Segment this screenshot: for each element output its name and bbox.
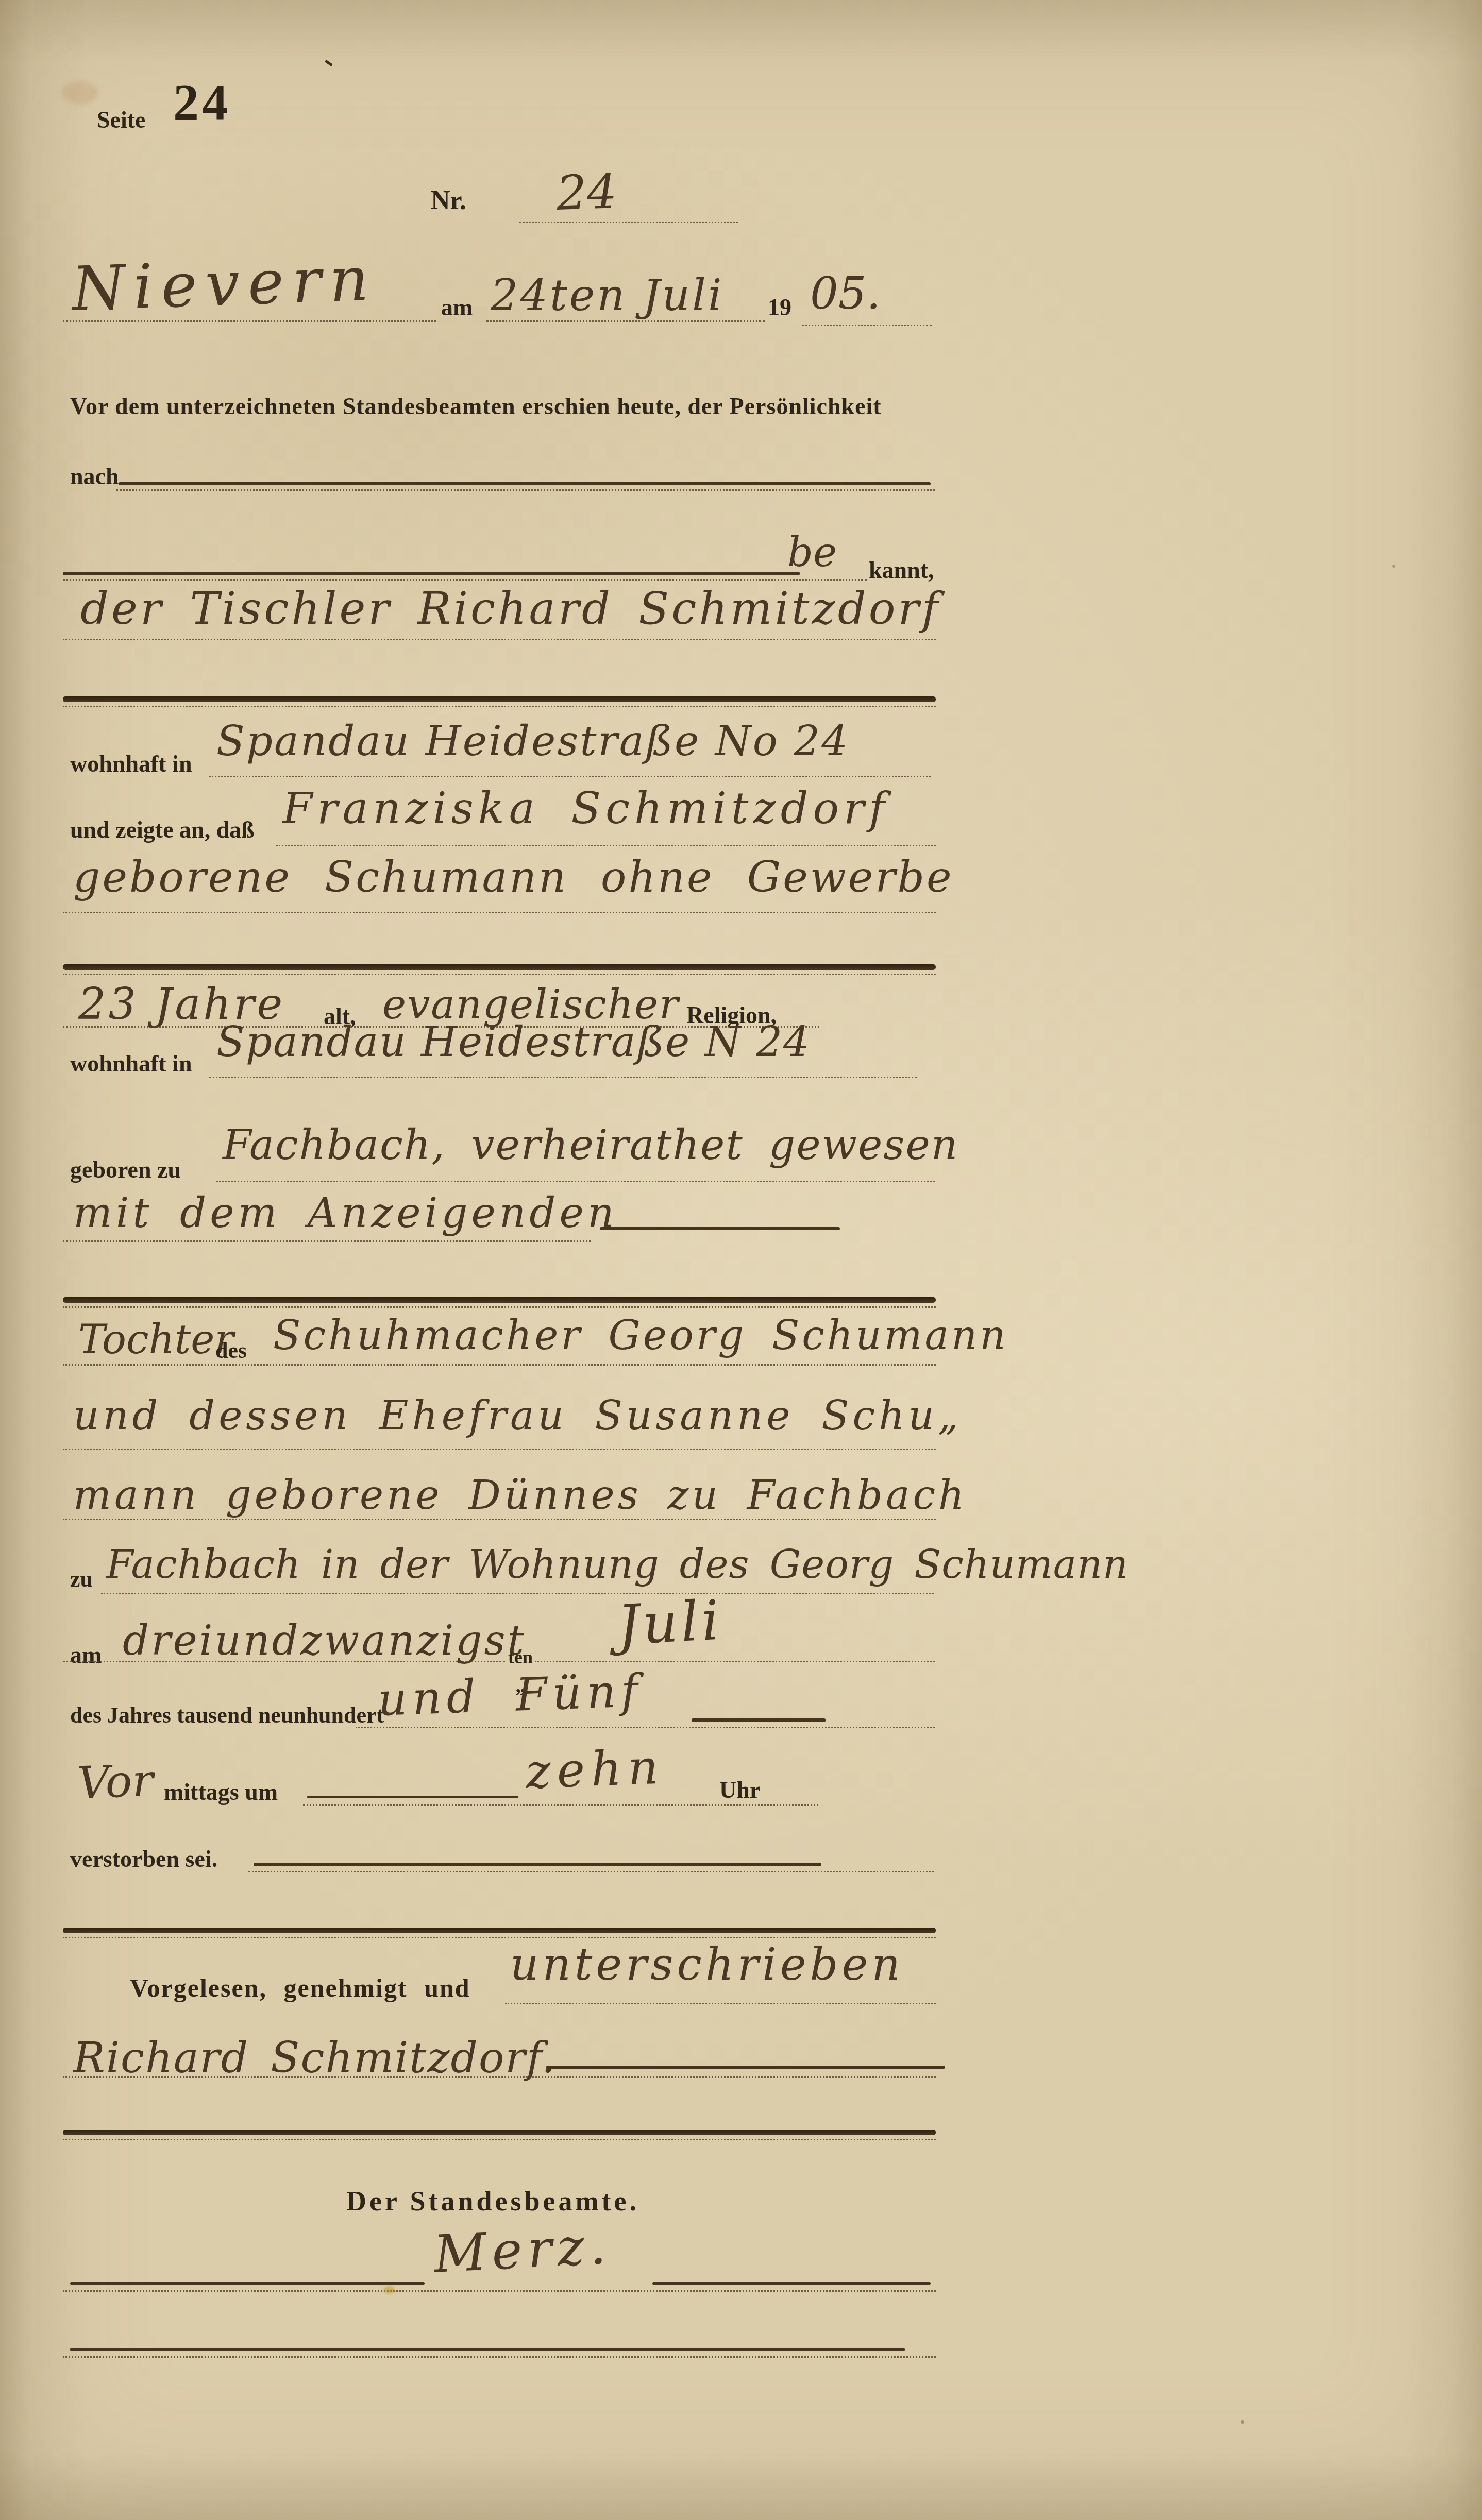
official-signature: Merz. xyxy=(432,2215,613,2285)
dotted-line xyxy=(276,845,936,846)
section-rule xyxy=(63,696,936,702)
kannt-label: kannt, xyxy=(869,556,934,584)
dotted-line xyxy=(63,1240,591,1242)
geboren-label: geboren zu xyxy=(70,1156,181,1183)
des-label: des xyxy=(215,1337,247,1364)
vor-written: Vor xyxy=(77,1755,155,1809)
parents-line2: und dessen Ehefrau Susanne Schu„ xyxy=(73,1393,962,1439)
father-line: Schuhmacher Georg Schumann xyxy=(273,1313,1008,1359)
dotted-line xyxy=(802,325,932,326)
dotted-line xyxy=(303,1804,818,1806)
page-number: 24 xyxy=(173,72,231,131)
uhr-label: Uhr xyxy=(719,1776,760,1803)
dotted-line xyxy=(209,776,931,777)
wohnhaft-label-2: wohnhaft in xyxy=(70,1050,192,1077)
death-month-written: Juli xyxy=(616,1589,724,1657)
date-am-label: am xyxy=(441,294,473,321)
hour-written: zehn xyxy=(525,1740,665,1799)
dotted-line xyxy=(505,2003,936,2004)
place-name: Nievern xyxy=(71,243,378,325)
dotted-line xyxy=(519,222,738,223)
dotted-line xyxy=(216,1181,935,1182)
ink-line xyxy=(254,1863,821,1866)
declarant-name-line: der Tischler Richard Schmitzdorf xyxy=(80,583,941,635)
date-day-month: 24ten Juli xyxy=(491,270,724,320)
dotted-line xyxy=(63,2139,936,2140)
document-page: Seite 24 Nr. 24 Nievern am 24ten Juli 19… xyxy=(0,0,1482,2520)
spouse-line: mit dem Anzeigenden xyxy=(73,1189,617,1237)
death-day-written: dreiundzwanzigst xyxy=(123,1616,526,1664)
ink-line xyxy=(692,1718,826,1722)
paper-stain xyxy=(383,2286,395,2294)
dotted-line xyxy=(101,1593,934,1594)
nach-label: nach xyxy=(70,463,119,490)
wohnhaft-label-1: wohnhaft in xyxy=(70,750,192,777)
be-written: be xyxy=(787,530,837,576)
dotted-line xyxy=(486,320,765,322)
parents-line3: mann geborene Dünnes zu Fachbach xyxy=(73,1472,967,1519)
declarant-residence: Spandau Heidestraße No 24 xyxy=(216,717,849,765)
deceased-name: Franziska Schmitzdorf xyxy=(282,783,889,833)
dotted-line xyxy=(63,2290,936,2292)
section-rule xyxy=(63,1928,936,1933)
dotted-line xyxy=(63,1661,505,1662)
mittags-label: mittags um xyxy=(164,1778,278,1806)
ink-line xyxy=(70,2348,905,2351)
section-rule xyxy=(63,964,936,970)
nr-label: Nr. xyxy=(431,185,466,216)
tochter-written: Tochter xyxy=(78,1317,234,1363)
paper-stain xyxy=(62,81,98,104)
dotted-line xyxy=(116,489,935,491)
year-written: und Fünf xyxy=(377,1664,644,1726)
section-rule xyxy=(63,2130,936,2135)
death-am-label: am xyxy=(70,1641,102,1668)
declarant-signature: Richard Schmitzdorf. xyxy=(73,2034,556,2083)
verstorben-label: verstorben sei. xyxy=(70,1845,217,1872)
ink-line xyxy=(652,2282,931,2285)
birthplace-line: Fachbach, verheirathet gewesen xyxy=(223,1121,958,1169)
date-year-written: 05. xyxy=(810,268,881,319)
section-rule xyxy=(63,1297,936,1303)
dotted-line xyxy=(356,1727,935,1728)
ink-line xyxy=(546,2066,945,2069)
paper-speck xyxy=(325,60,333,66)
nr-value: 24 xyxy=(555,164,618,221)
maiden-line: geborene Schumann ohne Gewerbe xyxy=(73,853,954,902)
paper-speck xyxy=(1392,565,1395,568)
zeigte-label: und zeigte an, daß xyxy=(70,816,255,843)
dotted-line xyxy=(63,974,936,975)
dotted-line xyxy=(63,1306,936,1308)
dotted-line xyxy=(63,706,936,707)
paper-speck xyxy=(1241,2420,1244,2424)
dotted-line xyxy=(63,1519,936,1520)
dotted-line xyxy=(63,1937,936,1938)
ink-line xyxy=(600,1227,840,1230)
death-place-line: Fachbach in der Wohnung des Georg Schuma… xyxy=(106,1541,1129,1587)
dotted-line xyxy=(63,912,936,913)
ten-label: ten xyxy=(508,1646,533,1668)
dotted-line xyxy=(209,1077,917,1078)
ink-line xyxy=(70,2282,425,2285)
ink-line xyxy=(63,572,800,575)
dotted-line xyxy=(63,2076,936,2078)
seite-label: Seite xyxy=(97,106,146,133)
dotted-line xyxy=(63,2356,936,2358)
vorgelesen-label: Vorgelesen, genehmigt und xyxy=(130,1973,470,2003)
dotted-line xyxy=(63,639,936,640)
unterschrieben-written: unterschrieben xyxy=(510,1939,904,1990)
dotted-line xyxy=(535,1661,935,1662)
deceased-residence: Spandau Heidestraße N 24 xyxy=(216,1018,811,1066)
dotted-line xyxy=(63,1449,936,1450)
dotted-line xyxy=(63,1364,936,1366)
year-label: des Jahres tausend neunhundert xyxy=(70,1702,384,1728)
dotted-line xyxy=(63,320,436,322)
dotted-line xyxy=(63,579,867,581)
date-year-printed: 19 xyxy=(768,294,791,321)
standesbeamte-label: Der Standesbeamte. xyxy=(346,2185,639,2217)
dotted-line xyxy=(248,1871,934,1872)
intro-line: Vor dem unterzeichneten Standesbeamten e… xyxy=(70,393,882,420)
zu-label: zu xyxy=(70,1566,93,1592)
ink-line xyxy=(119,482,931,485)
ink-line xyxy=(307,1796,518,1798)
